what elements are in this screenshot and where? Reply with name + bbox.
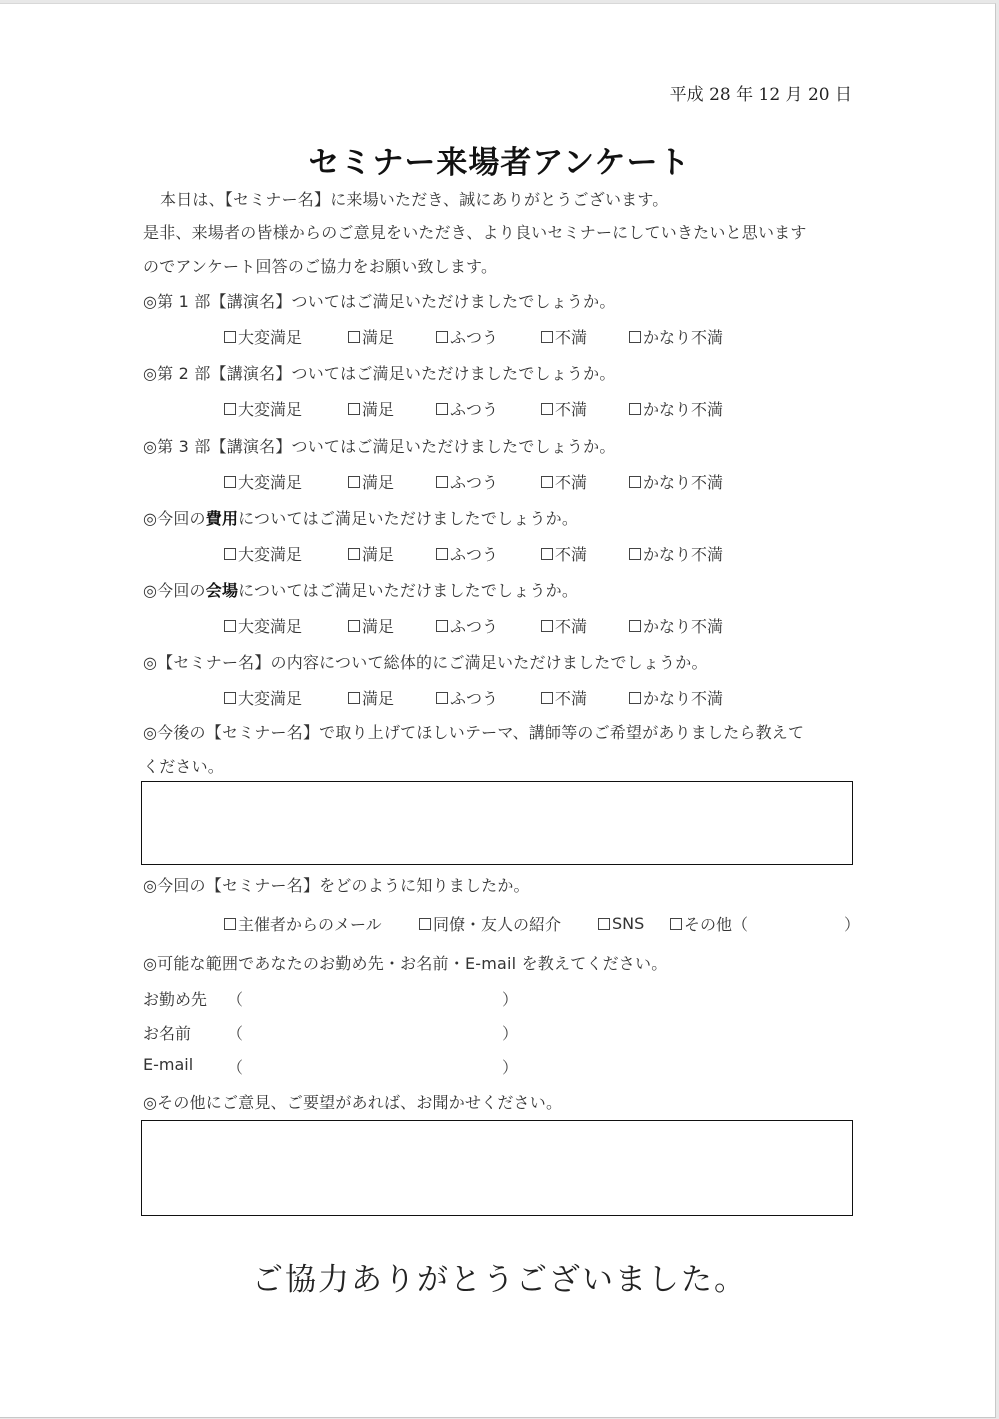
request-question-line-1: ◎今後の【セミナー名】で取り上げてほしいテーマ、講師等のご希望がありましたら教え… [143, 720, 804, 743]
option-dissatisfied[interactable]: 不満 [541, 325, 629, 348]
option-satisfied[interactable]: 満足 [348, 397, 436, 420]
checkbox-icon[interactable] [224, 331, 236, 343]
option-satisfied[interactable]: 満足 [348, 325, 436, 348]
comments-question: ◎その他にご意見、ご要望があれば、お聞かせください。 [143, 1090, 562, 1113]
checkbox-icon[interactable] [541, 476, 553, 488]
checkbox-icon[interactable] [436, 331, 448, 343]
question-1: ◎第 1 部【講演名】ついてはご満足いただけましたでしょうか。 [143, 289, 616, 312]
checkbox-icon[interactable] [348, 403, 360, 415]
option-colleague-friend[interactable]: 同僚・友人の紹介 [419, 912, 598, 935]
page-title: セミナー来場者アンケート [0, 137, 999, 182]
option-very-dissatisfied[interactable]: かなり不満 [629, 614, 723, 637]
option-dissatisfied[interactable]: 不満 [541, 397, 629, 420]
checkbox-icon[interactable] [224, 403, 236, 415]
document-date: 平成 28 年 12 月 20 日 [670, 80, 852, 105]
document-page: 平成 28 年 12 月 20 日 セミナー来場者アンケート 本日は、【セミナー… [0, 3, 996, 1418]
request-question-line-2: ください。 [143, 754, 224, 777]
checkbox-icon[interactable] [436, 403, 448, 415]
name-field[interactable] [245, 1021, 495, 1041]
checkbox-icon[interactable] [541, 403, 553, 415]
other-close-paren: ） [844, 912, 860, 935]
email-field[interactable] [245, 1055, 495, 1075]
option-dissatisfied[interactable]: 不満 [541, 686, 629, 709]
checkbox-icon[interactable] [224, 692, 236, 704]
question-cost: ◎今回の費用についてはご満足いただけましたでしょうか。 [143, 506, 578, 529]
option-satisfied[interactable]: 満足 [348, 542, 436, 565]
option-very-satisfied[interactable]: 大変満足 [224, 397, 348, 420]
checkbox-icon[interactable] [348, 620, 360, 632]
checkbox-icon[interactable] [224, 476, 236, 488]
name-close-paren: ） [502, 1021, 518, 1044]
option-dissatisfied[interactable]: 不満 [541, 470, 629, 493]
checkbox-icon[interactable] [348, 692, 360, 704]
email-close-paren: ） [502, 1055, 518, 1078]
rating-options-q1: 大変満足 満足 ふつう 不満 かなり不満 [224, 325, 723, 348]
checkbox-icon[interactable] [629, 620, 641, 632]
question-overall: ◎【セミナー名】の内容について総体的にご満足いただけましたでしょうか。 [143, 650, 708, 673]
rating-options-q3: 大変満足 満足 ふつう 不満 かなり不満 [224, 470, 723, 493]
contact-question: ◎可能な範囲であなたのお勤め先・お名前・E-mail を教えてください。 [143, 951, 667, 974]
rating-options-cost: 大変満足 満足 ふつう 不満 かなり不満 [224, 542, 723, 565]
option-satisfied[interactable]: 満足 [348, 614, 436, 637]
option-very-dissatisfied[interactable]: かなり不満 [629, 542, 723, 565]
option-neutral[interactable]: ふつう [436, 397, 541, 420]
checkbox-icon[interactable] [348, 548, 360, 560]
checkbox-icon[interactable] [629, 331, 641, 343]
option-very-dissatisfied[interactable]: かなり不満 [629, 397, 723, 420]
name-open-paren: （ [227, 1021, 243, 1044]
source-options: 主催者からのメール 同僚・友人の紹介 SNS その他（ ） [224, 912, 860, 935]
intro-line-3: のでアンケート回答のご協力をお願い致します。 [143, 254, 497, 277]
checkbox-icon[interactable] [670, 918, 682, 930]
option-other[interactable]: その他（ [670, 912, 844, 935]
checkbox-icon[interactable] [224, 548, 236, 560]
company-field[interactable] [245, 987, 495, 1007]
option-satisfied[interactable]: 満足 [348, 686, 436, 709]
checkbox-icon[interactable] [348, 476, 360, 488]
option-sns[interactable]: SNS [598, 912, 670, 935]
intro-line-2: 是非、来場者の皆様からのご意見をいただき、より良いセミナーにしていきたいと思いま… [143, 220, 807, 243]
checkbox-icon[interactable] [541, 692, 553, 704]
intro-line-1: 本日は、【セミナー名】に来場いただき、誠にありがとうございます。 [160, 187, 668, 210]
checkbox-icon[interactable] [436, 548, 448, 560]
rating-options-q2: 大変満足 満足 ふつう 不満 かなり不満 [224, 397, 723, 420]
checkbox-icon[interactable] [629, 476, 641, 488]
checkbox-icon[interactable] [541, 548, 553, 560]
option-organizer-email[interactable]: 主催者からのメール [224, 912, 419, 935]
checkbox-icon[interactable] [436, 620, 448, 632]
thanks-message: ご協力ありがとうございました。 [0, 1254, 999, 1299]
comments-answer-box[interactable] [141, 1120, 853, 1216]
emphasis-cost: 費用 [206, 509, 238, 528]
emphasis-venue: 会場 [206, 581, 238, 600]
option-neutral[interactable]: ふつう [436, 686, 541, 709]
email-label: E-mail [143, 1055, 193, 1074]
option-very-dissatisfied[interactable]: かなり不満 [629, 325, 723, 348]
source-question: ◎今回の【セミナー名】をどのように知りましたか。 [143, 873, 530, 896]
option-very-dissatisfied[interactable]: かなり不満 [629, 470, 723, 493]
option-very-satisfied[interactable]: 大変満足 [224, 542, 348, 565]
option-satisfied[interactable]: 満足 [348, 470, 436, 493]
checkbox-icon[interactable] [436, 476, 448, 488]
option-very-satisfied[interactable]: 大変満足 [224, 686, 348, 709]
checkbox-icon[interactable] [224, 918, 236, 930]
company-label: お勤め先 [143, 987, 207, 1010]
question-3: ◎第 3 部【講演名】ついてはご満足いただけましたでしょうか。 [143, 434, 616, 457]
checkbox-icon[interactable] [598, 918, 610, 930]
checkbox-icon[interactable] [436, 692, 448, 704]
question-2: ◎第 2 部【講演名】ついてはご満足いただけましたでしょうか。 [143, 361, 616, 384]
request-answer-box[interactable] [141, 781, 853, 865]
company-close-paren: ） [502, 987, 518, 1010]
option-neutral[interactable]: ふつう [436, 614, 541, 637]
checkbox-icon[interactable] [629, 692, 641, 704]
option-very-dissatisfied[interactable]: かなり不満 [629, 686, 723, 709]
option-very-satisfied[interactable]: 大変満足 [224, 325, 348, 348]
option-neutral[interactable]: ふつう [436, 542, 541, 565]
checkbox-icon[interactable] [541, 620, 553, 632]
option-dissatisfied[interactable]: 不満 [541, 614, 629, 637]
checkbox-icon[interactable] [224, 620, 236, 632]
checkbox-icon[interactable] [419, 918, 431, 930]
checkbox-icon[interactable] [541, 331, 553, 343]
option-very-satisfied[interactable]: 大変満足 [224, 470, 348, 493]
email-open-paren: （ [227, 1055, 243, 1078]
checkbox-icon[interactable] [348, 331, 360, 343]
option-very-satisfied[interactable]: 大変満足 [224, 614, 348, 637]
checkbox-icon[interactable] [629, 548, 641, 560]
question-venue: ◎今回の会場についてはご満足いただけましたでしょうか。 [143, 578, 578, 601]
option-neutral[interactable]: ふつう [436, 470, 541, 493]
company-open-paren: （ [227, 987, 243, 1010]
rating-options-overall: 大変満足 満足 ふつう 不満 かなり不満 [224, 686, 723, 709]
option-neutral[interactable]: ふつう [436, 325, 541, 348]
rating-options-venue: 大変満足 満足 ふつう 不満 かなり不満 [224, 614, 723, 637]
checkbox-icon[interactable] [629, 403, 641, 415]
name-label: お名前 [143, 1021, 191, 1044]
option-dissatisfied[interactable]: 不満 [541, 542, 629, 565]
